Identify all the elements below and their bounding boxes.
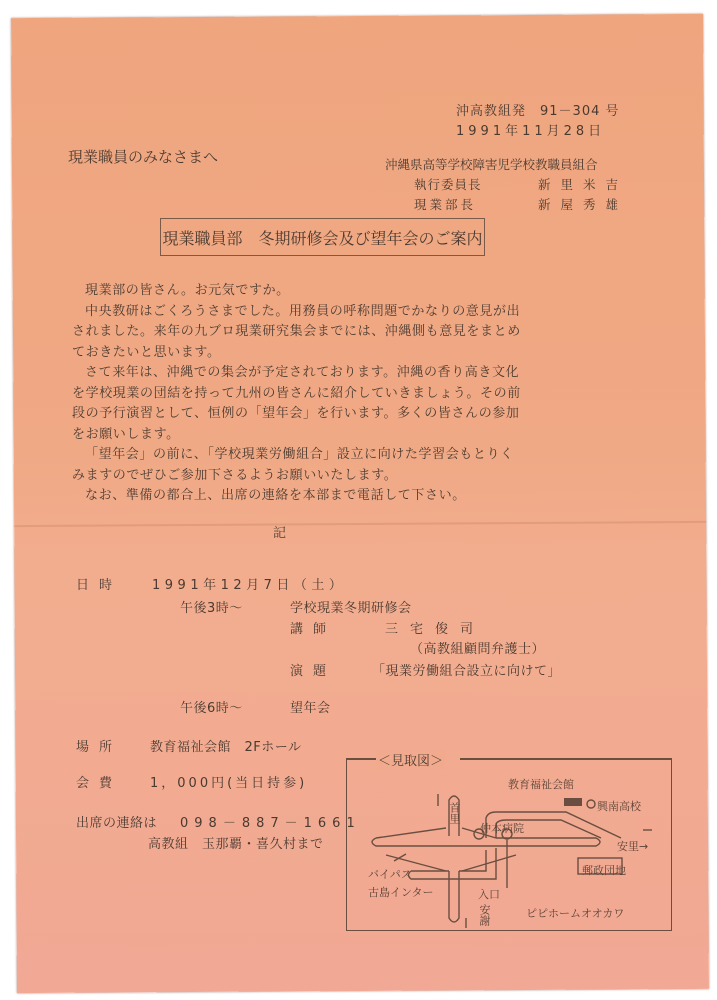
body-line: をお願いします。 [72,425,652,446]
session2-event: 望年会 [290,697,331,716]
paper-fold-crease [14,521,706,527]
reference-number: 沖高教組発 91－304 号 [456,100,620,119]
map-label-aza: 安里→ [617,838,648,854]
body-line: されました。来年の九ブロ現業研究集会までには、沖縄側も意見をまとめ [72,322,652,343]
lecturer-label: 講師 [290,618,336,637]
signatory-role-chair: 執行委員長 [414,175,482,193]
datetime-label: 日時 [76,574,122,593]
fee-value: 1，000円(当日持参) [150,772,307,791]
map-label-bypass: バイパス [368,866,412,882]
body-line: 中央教研はごくろうさまでした。用務員の呼称問題でかなりの意見が出 [72,302,652,323]
ki-marker: 記 [273,522,286,541]
topic-value: 「現業労働組合設立に向けて」 [372,660,561,679]
venue-building-icon [564,798,582,806]
map-label-shuri: 首里 [446,802,462,824]
body-line: を学校現業の団結を持って九州の皆さんに紹介していきましょう。その前 [72,384,652,405]
session1-time: 午後3時～ [180,597,243,616]
map-label-entrance: 入口 [478,886,500,902]
map-label-aja: 安謝 [476,904,492,926]
map-label-interchange: 古島インター [368,884,434,900]
map-label-school: 興南高校 [597,798,641,814]
body-line: なお、準備の都合上、出席の連絡を本部まで電話して下さい。 [72,486,652,507]
body-line: 現業部の皆さん。お元気ですか。 [72,281,652,302]
map-label-venue: 教育福祉会館 [508,776,574,792]
body-line: さて来年は、沖縄での集会が予定されております。沖縄の香り高き文化 [72,363,652,384]
document-title-box: 現業職員部 冬期研修会及び望年会のご案内 [160,218,485,256]
session2-time: 午後6時～ [180,697,243,716]
body-line: 段の予行演習として、恒例の「望年会」を行います。多くの皆さんの参加 [72,404,652,425]
body-line: みますのでぜひご参加下さるようお願いいたします。 [72,466,652,487]
document-title: 現業職員部 冬期研修会及び望年会のご案内 [162,226,482,249]
addressee: 現業職員のみなさまへ [68,146,218,167]
contact-phone: 098－887－1661 [180,812,361,831]
fee-label: 会費 [76,772,122,791]
body-line: 「望年会」の前に、「学校現業労働組合」設立に向けた学習会もとりく [72,445,652,466]
lecturer-name: 三宅俊司 [385,618,485,637]
issue-date: 1991年11月28日 [456,120,605,139]
venue-value: 教育福祉会館 2Fホール [150,736,302,755]
venue-label: 場所 [76,736,122,755]
datetime-value: 1991年12月7日（土） [152,574,346,593]
topic-label: 演題 [290,660,336,679]
lecturer-title: （高教組顧問弁護士） [410,638,545,657]
body-line: ておきたいと思います。 [72,343,652,364]
map-label-danchi: 郵政団地 [582,862,626,878]
sender-organization: 沖縄県高等学校障害児学校教職員組合 [385,155,598,173]
signatory-name-chair: 新里米吉 [538,175,628,193]
map-label-home: ピピホームオオカワ [526,905,624,921]
contact-names: 高教組 玉那覇・喜久村まで [148,833,324,852]
body-text: 現業部の皆さん。お元気ですか。 中央教研はごくろうさまでした。用務員の呼称問題で… [72,281,652,507]
session1-event: 学校現業冬期研修会 [290,597,412,616]
signatory-name-dept-head: 新屋秀雄 [538,195,628,213]
map-label-hospital: 仲本病院 [480,820,524,836]
contact-label: 出席の連絡は [76,812,157,831]
signatory-role-dept-head: 現業部長 [414,195,476,213]
